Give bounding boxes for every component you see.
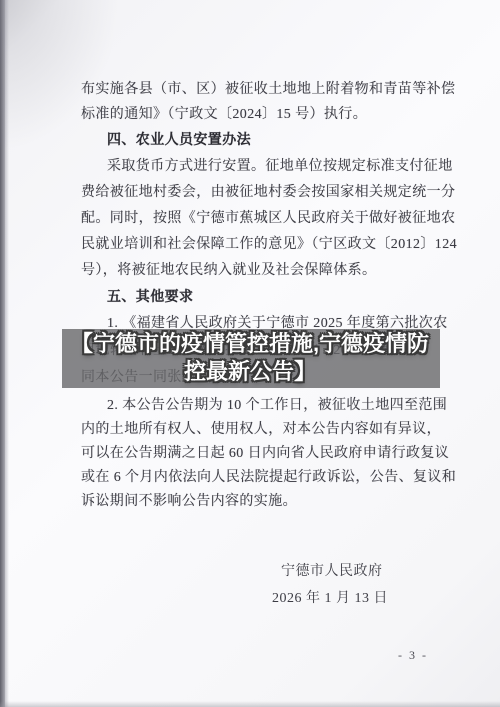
doc-line: 布实施各县（市、区）被征收土地地上附着物和青苗等补偿	[81, 78, 455, 98]
scan-corner-shade	[0, 0, 120, 150]
issue-date: 2026 年 1 月 13 日	[272, 587, 388, 607]
doc-line: 诉讼期间不影响公告内容的实施。	[81, 490, 297, 510]
page-number: - 3 -	[398, 648, 428, 663]
doc-line: 2. 本公告公告期为 10 个工作日，被征收土地四至范围	[107, 394, 447, 414]
issuer-signature: 宁德市人民政府	[281, 560, 383, 580]
doc-line: 号），将被征地农民纳入就业及社会保障体系。	[81, 259, 376, 279]
doc-line: 标准的通知》（宁政文〔2024〕15 号）执行。	[81, 103, 367, 123]
doc-line: 费给被征地村委会，由被征地村委会按国家相关规定统一分	[81, 181, 455, 201]
doc-line: 采取货币方式进行安置。征地单位按规定标准支付征地	[107, 155, 453, 175]
watermark-line-2: 控最新公告】	[184, 359, 316, 384]
watermark-line-1: 【宁德市的疫情管控措施,宁德疫情防	[71, 331, 429, 356]
scan-bottom-edge	[0, 701, 500, 707]
doc-line: 或在 6 个月内依法向人民法院提起行政诉讼，公告、复议和	[81, 466, 456, 486]
doc-line: 可以在公告期满之日起 60 日内向省人民政府申请行政复议	[81, 442, 449, 462]
watermark-headline: 【宁德市的疫情管控措施,宁德疫情防 控最新公告】	[0, 330, 500, 386]
doc-line: 内的土地所有权人、使用权人，对本公告内容如有异议，	[81, 418, 441, 438]
doc-line: 配。同时，按照《宁德市蕉城区人民政府关于做好被征地农	[81, 207, 455, 227]
doc-line: 民就业培训和社会保障工作的意见》（宁区政文〔2012〕124	[81, 233, 457, 253]
section-heading-4: 四、农业人员安置办法	[107, 129, 251, 149]
section-heading-5: 五、其他要求	[107, 286, 193, 306]
